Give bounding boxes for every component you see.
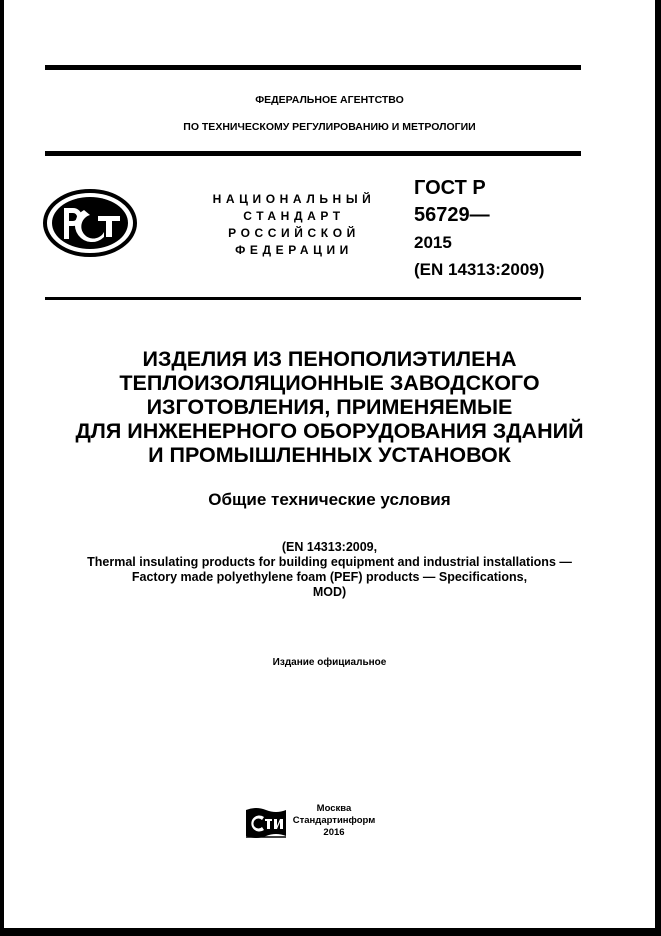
top-rule — [45, 65, 581, 70]
title-line: ИЗГОТОВЛЕНИЯ, ПРИМЕНЯЕМЫЕ — [4, 395, 655, 419]
en-line: Factory made polyethylene foam (PEF) pro… — [4, 570, 655, 585]
national-standard-label: НАЦИОНАЛЬНЫЙ СТАНДАРТ РОССИЙСКОЙ ФЕДЕРАЦ… — [204, 191, 384, 259]
natstd-line: СТАНДАРТ — [204, 208, 384, 225]
agency-line-1: ФЕДЕРАЛЬНОЕ АГЕНТСТВО — [4, 94, 655, 106]
agency-line-2: ПО ТЕХНИЧЕСКОМУ РЕГУЛИРОВАНИЮ И МЕТРОЛОГ… — [4, 121, 655, 133]
standartinform-logo-icon — [243, 806, 289, 840]
natstd-line: НАЦИОНАЛЬНЫЙ — [204, 191, 384, 208]
natstd-line: ФЕДЕРАЦИИ — [204, 242, 384, 259]
edition-label: Издание официальное — [4, 657, 655, 668]
header-rule — [45, 151, 581, 156]
publisher-info: Москва Стандартинформ 2016 — [289, 803, 379, 839]
designation-line: 56729— — [414, 202, 544, 229]
natstd-line: РОССИЙСКОЙ — [204, 225, 384, 242]
title-line: ТЕПЛОИЗОЛЯЦИОННЫЕ ЗАВОДСКОГО — [4, 371, 655, 395]
en-reference: (EN 14313:2009, Thermal insulating produ… — [4, 540, 655, 600]
publisher-city: Москва — [289, 803, 379, 815]
en-line: (EN 14313:2009, — [4, 540, 655, 555]
document-page: ФЕДЕРАЛЬНОЕ АГЕНТСТВО ПО ТЕХНИЧЕСКОМУ РЕ… — [4, 0, 655, 928]
standard-designation: ГОСТ Р 56729— 2015 (EN 14313:2009) — [414, 175, 544, 283]
rst-gost-logo-icon — [42, 188, 138, 258]
designation-line: ГОСТ Р — [414, 175, 544, 202]
title-line: И ПРОМЫШЛЕННЫХ УСТАНОВОК — [4, 443, 655, 467]
title-line: ИЗДЕЛИЯ ИЗ ПЕНОПОЛИЭТИЛЕНА — [4, 347, 655, 371]
en-line: Thermal insulating products for building… — [4, 555, 655, 570]
document-title: ИЗДЕЛИЯ ИЗ ПЕНОПОЛИЭТИЛЕНА ТЕПЛОИЗОЛЯЦИО… — [4, 347, 655, 467]
designation-line: 2015 — [414, 229, 544, 256]
publisher-name: Стандартинформ — [289, 815, 379, 827]
document-subtitle: Общие технические условия — [4, 490, 655, 510]
designation-line: (EN 14313:2009) — [414, 256, 544, 283]
title-line: ДЛЯ ИНЖЕНЕРНОГО ОБОРУДОВАНИЯ ЗДАНИЙ — [4, 419, 655, 443]
en-line: MOD) — [4, 585, 655, 600]
publisher-year: 2016 — [289, 827, 379, 839]
designation-rule — [45, 297, 581, 300]
